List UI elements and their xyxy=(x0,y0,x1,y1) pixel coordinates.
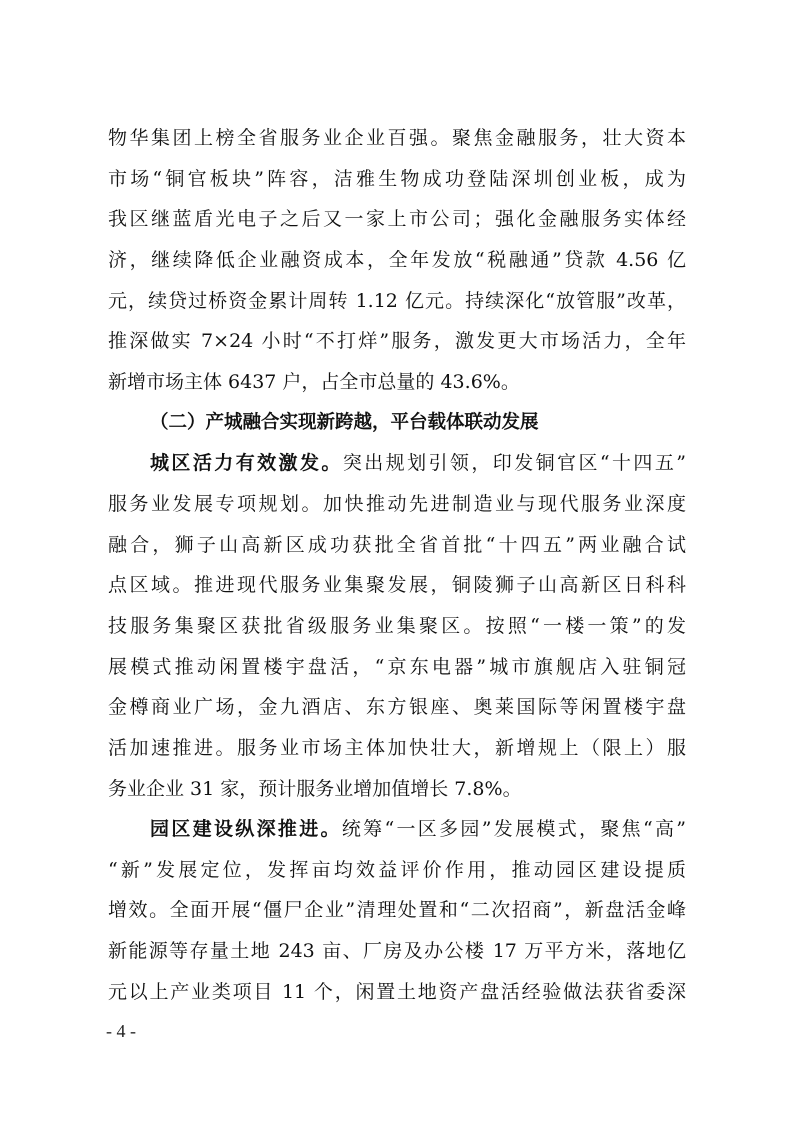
text-line: 市场“铜官板块”阵容，洁雅生物成功登陆深圳创业板，成为 xyxy=(108,159,686,200)
text-line: 我区继蓝盾光电子之后又一家上市公司；强化金融服务实体经 xyxy=(108,199,686,240)
text-line: 融合，狮子山高新区成功获批全省首批“十四五”两业融合试 xyxy=(108,525,686,566)
text-line: 服务业发展专项规划。加快推动先进制造业与现代服务业深度 xyxy=(108,484,686,525)
text-line: 新增市场主体 6437 户，占全市总量的 43.6%。 xyxy=(108,362,686,403)
text-line: 展模式推动闲置楼宇盘活，“京东电器”城市旗舰店入驻铜冠 xyxy=(108,647,686,688)
text-line: 元，续贷过桥资金累计周转 1.12 亿元。持续深化“放管服”改革， xyxy=(108,281,686,322)
text-line: 活加速推进。服务业市场主体加快壮大，新增规上（限上）服 xyxy=(108,728,686,769)
text-line: 增效。全面开展“僵尸企业”清理处置和“二次招商”，新盘活金峰 xyxy=(108,890,686,931)
text-line-content: 突出规划引领，印发铜官区“十四五” xyxy=(343,452,686,474)
text-line: “新”发展定位，发挥亩均效益评价作用，推动园区建设提质 xyxy=(108,850,686,891)
text-line: 元以上产业类项目 11 个，闲置土地资产盘活经验做法获省委深 xyxy=(108,972,686,1013)
paragraph-2: 城区活力有效激发。突出规划引领，印发铜官区“十四五” 服务业发展专项规划。加快推… xyxy=(108,443,686,809)
text-line: 园区建设纵深推进。统筹“一区多园”发展模式，聚焦“高” xyxy=(108,809,686,850)
text-line: 务业企业 31 家，预计服务业增加值增长 7.8%。 xyxy=(108,769,686,810)
text-line: 济，继续降低企业融资成本，全年发放“税融通”贷款 4.56 亿 xyxy=(108,240,686,281)
text-line: 金樽商业广场，金九酒店、东方银座、奥莱国际等闲置楼宇盘 xyxy=(108,687,686,728)
text-line-content: 统筹“一区多园”发展模式，聚焦“高” xyxy=(342,818,686,840)
text-line: 新能源等存量土地 243 亩、厂房及办公楼 17 万平方米，落地亿 xyxy=(108,931,686,972)
document-body: 物华集团上榜全省服务业企业百强。聚焦金融服务，壮大资本 市场“铜官板块”阵容，洁… xyxy=(108,118,686,1012)
text-line: 物华集团上榜全省服务业企业百强。聚焦金融服务，壮大资本 xyxy=(108,118,686,159)
paragraph-lead-heading: 园区建设纵深推进。 xyxy=(150,818,342,840)
section-heading: （二）产城融合实现新跨越，平台载体联动发展 xyxy=(108,403,686,444)
text-line: 城区活力有效激发。突出规划引领，印发铜官区“十四五” xyxy=(108,443,686,484)
paragraph-3: 园区建设纵深推进。统筹“一区多园”发展模式，聚焦“高” “新”发展定位，发挥亩均… xyxy=(108,809,686,1012)
text-line: 推深做实 7×24 小时“不打烊”服务，激发更大市场活力，全年 xyxy=(108,321,686,362)
paragraph-1: 物华集团上榜全省服务业企业百强。聚焦金融服务，壮大资本 市场“铜官板块”阵容，洁… xyxy=(108,118,686,403)
page-number: - 4 - xyxy=(106,1020,136,1042)
paragraph-lead-heading: 城区活力有效激发。 xyxy=(150,452,343,474)
text-line: 点区域。推进现代服务业集聚发展，铜陵狮子山高新区日科科 xyxy=(108,565,686,606)
text-line: 技服务集聚区获批省级服务业集聚区。按照“一楼一策”的发 xyxy=(108,606,686,647)
